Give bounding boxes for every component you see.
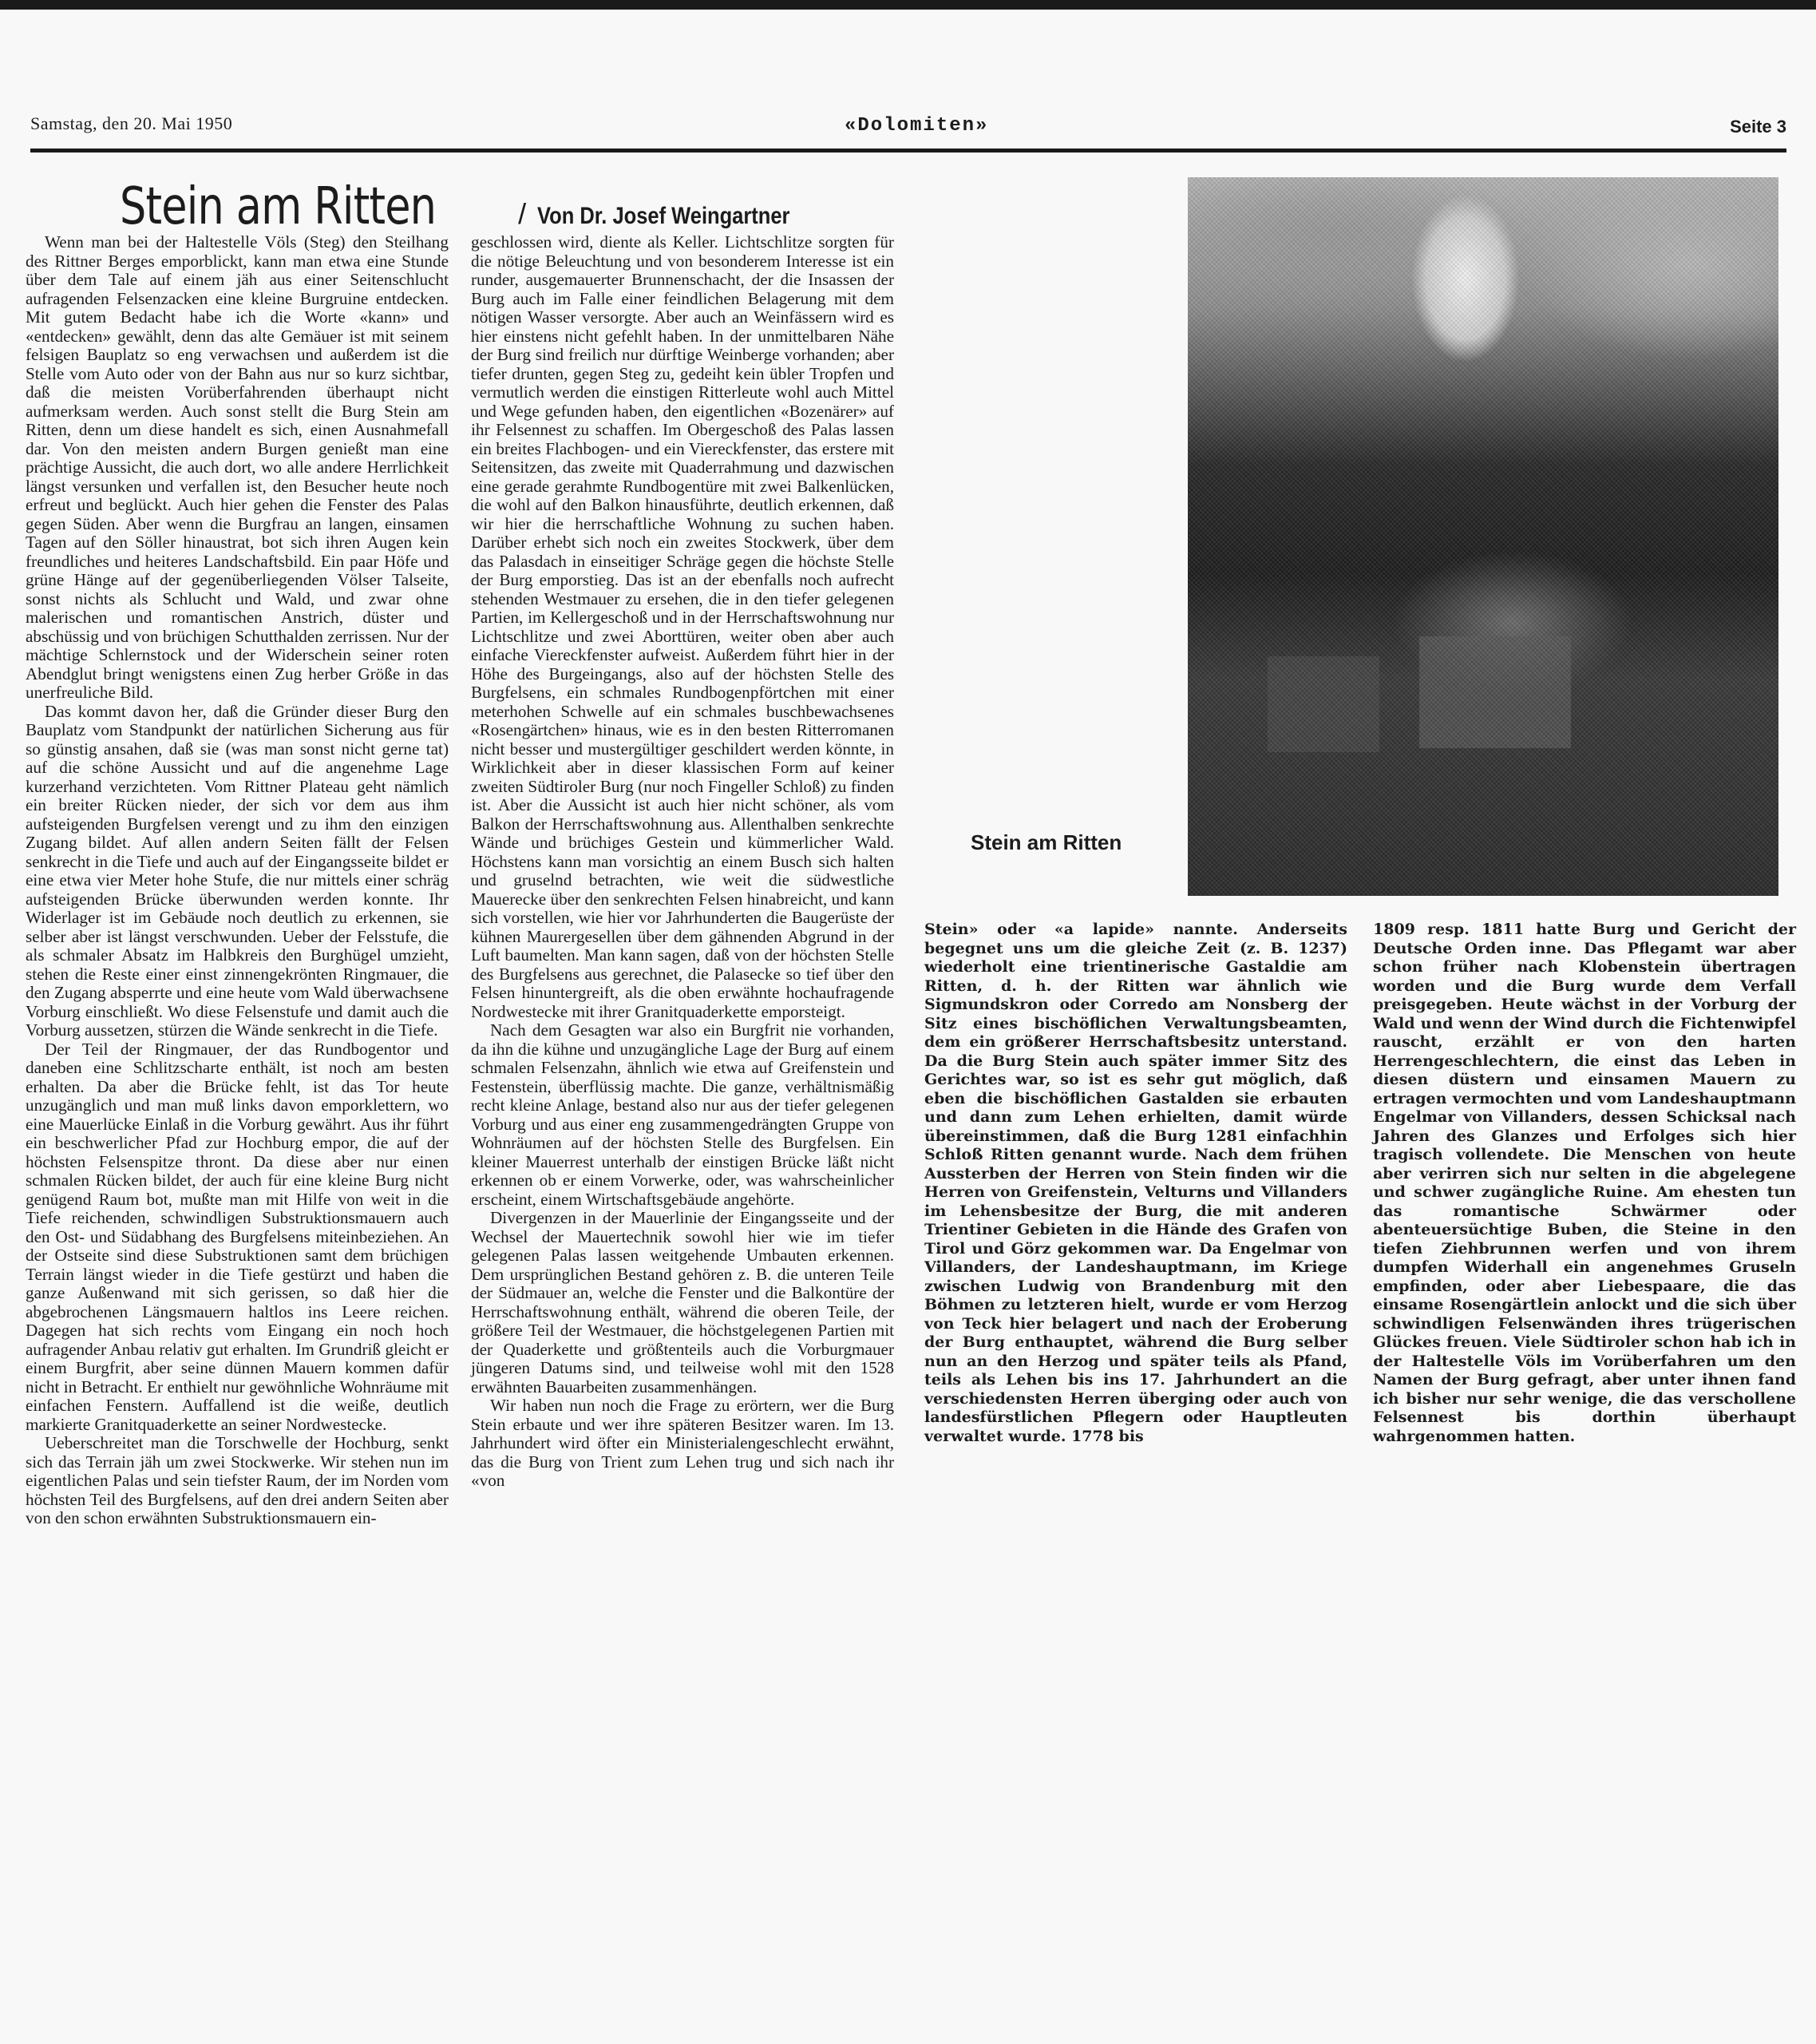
paragraph: Der Teil der Ringmauer, der das Rundboge… — [26, 1040, 449, 1435]
paragraph: 1809 resp. 1811 hatte Burg und Gericht d… — [1373, 921, 1796, 1446]
masthead: Samstag, den 20. Mai 1950 «Dolomiten» Se… — [30, 110, 1786, 142]
ruin-wall-shape — [1419, 636, 1571, 748]
paragraph: Wir haben nun noch die Frage zu erörtern… — [471, 1396, 894, 1491]
paragraph: geschlossen wird, diente als Keller. Lic… — [471, 233, 894, 1021]
article-column-4: 1809 resp. 1811 hatte Burg und Gericht d… — [1373, 921, 1796, 1446]
paragraph: Ueberschreitet man die Torschwelle der H… — [26, 1434, 449, 1528]
article-column-2: geschlossen wird, diente als Keller. Lic… — [471, 233, 894, 1491]
page-number: Seite 3 — [1730, 117, 1786, 137]
paragraph: Das kommt davon her, daß die Gründer die… — [26, 703, 449, 1040]
paragraph: Stein» oder «a lapide» nannte. Anderseit… — [924, 921, 1347, 1446]
paragraph: Wenn man bei der Haltestelle Völs (Steg)… — [26, 233, 449, 703]
photo-castle-ruin-icon — [1188, 177, 1778, 896]
newspaper-name: «Dolomiten» — [845, 115, 988, 137]
article-column-3: Stein» oder «a lapide» nannte. Anderseit… — [924, 921, 1347, 1446]
ruin-wall-shape — [1268, 656, 1379, 752]
article-byline: Von Dr. Josef Weingartner — [537, 203, 789, 230]
paragraph: Divergenzen in der Mauerlinie der Eingan… — [471, 1209, 894, 1396]
headline-separator: / — [518, 197, 526, 231]
paragraph: Nach dem Gesagten war also ein Burgfrit … — [471, 1021, 894, 1209]
scan-edge-bar — [0, 0, 1816, 10]
article-headline: Stein am Ritten / Von Dr. Josef Weingart… — [120, 177, 834, 236]
issue-date: Samstag, den 20. Mai 1950 — [30, 113, 232, 134]
photo-caption: Stein am Ritten — [971, 830, 1122, 855]
article-title: Stein am Ritten — [120, 177, 436, 236]
masthead-rule — [30, 149, 1786, 153]
article-column-1: Wenn man bei der Haltestelle Völs (Steg)… — [26, 233, 449, 1528]
